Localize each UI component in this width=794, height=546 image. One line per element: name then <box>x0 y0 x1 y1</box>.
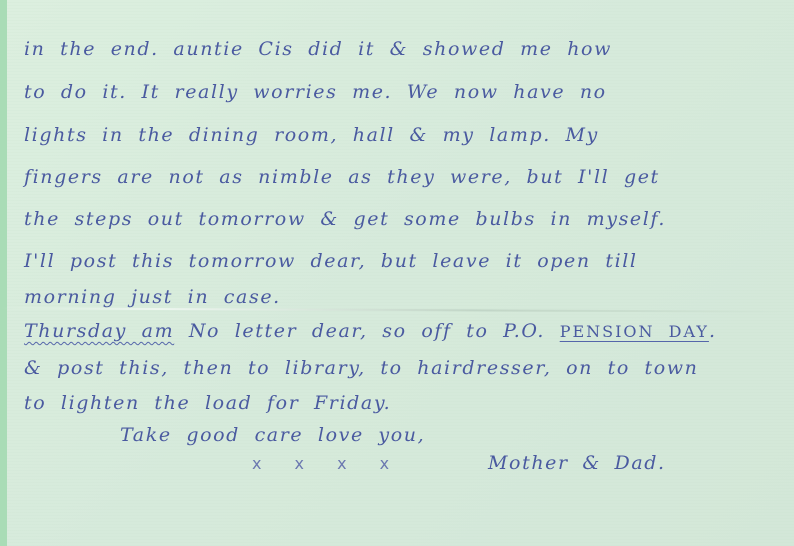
thursday-period: . <box>709 320 717 342</box>
letter-line-2: to do it. It really worries me. We now h… <box>24 81 607 103</box>
letter-line-3: lights in the dining room, hall & my lam… <box>24 124 599 146</box>
letter-line-6: I'll post this tomorrow dear, but leave … <box>24 250 638 272</box>
thursday-line-3: to lighten the load for Friday. <box>24 392 391 414</box>
thursday-heading: Thursday am <box>24 320 174 342</box>
paper-edge <box>0 0 7 546</box>
pension-day: PENSION DAY <box>560 322 709 341</box>
letter-line-1: in the end. auntie Cis did it & showed m… <box>24 38 612 60</box>
letter-line-7: morning just in case. <box>24 286 281 308</box>
letter-line-5: the steps out tomorrow & get some bulbs … <box>24 208 666 230</box>
letter-page: in the end. auntie Cis did it & showed m… <box>0 0 794 546</box>
closing-line: Take good care love you, <box>120 424 425 446</box>
thursday-line-2: & post this, then to library, to hairdre… <box>24 357 699 379</box>
thursday-text: No letter dear, so off to P.O. <box>189 320 545 342</box>
fold-crease <box>0 307 794 312</box>
signature: Mother & Dad. <box>488 452 666 474</box>
kisses: x x x x <box>252 454 389 473</box>
thursday-line-1: Thursday am No letter dear, so off to P.… <box>24 320 717 342</box>
letter-line-4: fingers are not as nimble as they were, … <box>24 166 660 188</box>
